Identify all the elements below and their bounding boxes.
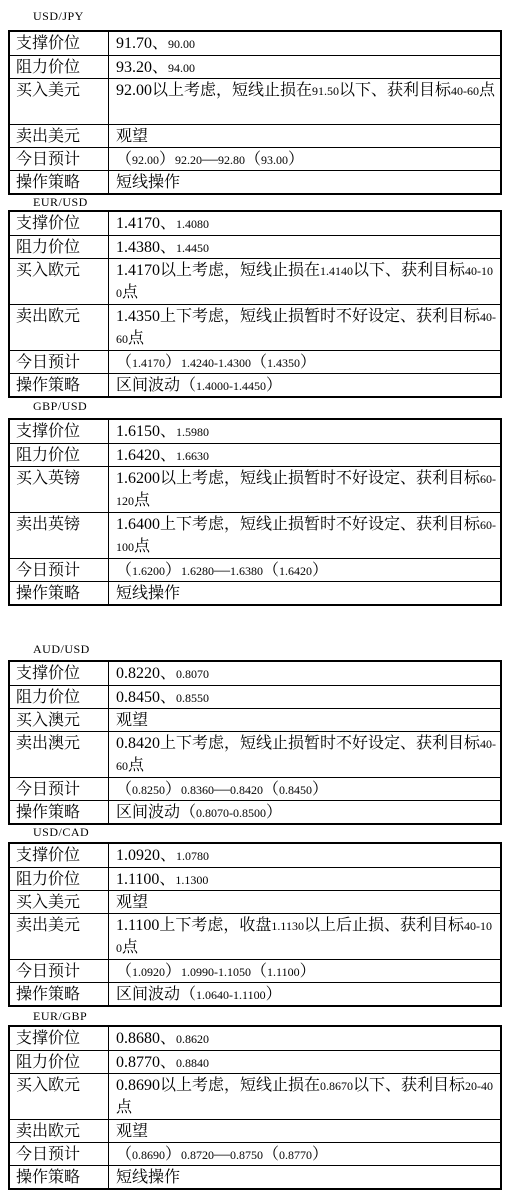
value-segment: 1.4350上下考虑，短线止损暂时不好设定、获利目标 — [116, 308, 480, 325]
row-label: 支撑价位 — [10, 844, 109, 867]
value-segment: 点 — [479, 82, 495, 99]
row-value: 1.0920、1.0780 — [109, 844, 500, 867]
value-segment: — — [214, 562, 230, 579]
row-value: （0.8690）0.8720—0.8750（0.8770） — [109, 1143, 500, 1165]
row-value: 92.00以上考虑，短线止损在91.50以下、获利目标40-60点 — [109, 79, 500, 124]
value-segment: 以下、获利目标 — [353, 262, 465, 279]
row-value: 短线操作 — [109, 582, 500, 604]
value-segment: ） — [165, 781, 181, 798]
pair-label-eur-usd: EUR/USD — [33, 196, 88, 209]
row-value: （1.4170）1.4240-1.4300（1.4350） — [109, 351, 500, 373]
value-segment: ） — [165, 354, 181, 371]
table-row: 支撑价位1.0920、1.0780 — [10, 844, 500, 867]
row-value: 观望 — [109, 1120, 500, 1142]
table-row: 卖出欧元1.4350上下考虑，短线止损暂时不好设定、获利目标40-60点 — [10, 304, 500, 350]
row-value: 观望 — [109, 709, 500, 731]
value-segment: ） — [266, 377, 282, 394]
row-label: 操作策略 — [10, 374, 109, 396]
value-segment: 1.1100上下考虑，收盘 — [116, 917, 271, 934]
row-label: 今日预计 — [10, 960, 109, 982]
value-segment: 1.4450 — [176, 241, 209, 255]
table-row: 阻力价位0.8450、0.8550 — [10, 685, 500, 708]
value-segment: 1.4080 — [176, 217, 209, 231]
value-segment: 1.1100、 — [116, 871, 175, 888]
row-label: 阻力价位 — [10, 56, 109, 78]
row-value: （1.6200）1.6280—1.6380（1.6420） — [109, 559, 500, 581]
row-value: 91.70、90.00 — [109, 32, 500, 55]
value-segment: 点 — [122, 284, 138, 301]
table-row: 阻力价位1.6420、1.6630 — [10, 443, 500, 466]
value-segment: ） — [300, 963, 316, 980]
value-segment: 观望 — [116, 128, 148, 145]
value-segment: ） — [159, 151, 175, 168]
row-label: 卖出澳元 — [10, 732, 109, 777]
value-segment: ） — [165, 963, 181, 980]
table-row: 卖出美元观望 — [10, 124, 500, 147]
row-label: 卖出美元 — [10, 914, 109, 959]
row-value: 0.8220、0.8070 — [109, 662, 500, 685]
value-segment: ） — [266, 986, 282, 1003]
value-segment: （ — [251, 963, 267, 980]
value-segment: — — [214, 781, 230, 798]
table-row: 操作策略区间波动（0.8070-0.8500） — [10, 800, 500, 823]
value-segment: 1.4380、 — [116, 239, 176, 256]
value-segment: （ — [263, 1146, 279, 1163]
table-row: 买入美元观望 — [10, 890, 500, 913]
row-value: 1.1100上下考虑，收盘1.1130以上后止损、获利目标40-100点 — [109, 914, 500, 959]
value-segment: 1.5980 — [176, 425, 209, 439]
row-label: 阻力价位 — [10, 868, 109, 890]
row-value: 1.6400上下考虑，短线止损暂时不好设定、获利目标60-100点 — [109, 513, 500, 558]
table-row: 阻力价位1.4380、1.4450 — [10, 235, 500, 258]
table-row: 支撑价位1.4170、1.4080 — [10, 212, 500, 235]
value-segment: 0.8770、 — [116, 1054, 176, 1071]
value-segment: 1.6380 — [230, 564, 263, 578]
value-segment: 0.8420 — [230, 783, 263, 797]
value-segment: （ — [116, 354, 132, 371]
fx-table-eur-gbp: 支撑价位0.8680、0.8620阻力价位0.8770、0.8840买入欧元0.… — [8, 1025, 502, 1190]
row-label: 阻力价位 — [10, 444, 109, 466]
value-segment: 区间波动（ — [116, 804, 196, 821]
row-label: 操作策略 — [10, 983, 109, 1005]
row-value: 短线操作 — [109, 171, 500, 193]
value-segment: 0.8420上下考虑，短线止损暂时不好设定、获利目标 — [116, 735, 480, 752]
value-segment: 以下、获利目标 — [339, 82, 451, 99]
value-segment: ） — [165, 1146, 181, 1163]
row-value: （92.00）92.20—92.80（93.00） — [109, 148, 500, 170]
value-segment: 1.6400上下考虑，短线止损暂时不好设定、获利目标 — [116, 516, 480, 533]
value-segment: （ — [116, 151, 132, 168]
value-segment: ） — [288, 151, 304, 168]
value-segment: 0.8070-0.8500 — [196, 806, 266, 820]
value-segment: ） — [266, 804, 282, 821]
row-label: 今日预计 — [10, 778, 109, 800]
value-segment: 1.4240-1.4300 — [181, 356, 251, 370]
pair-label-eur-gbp: EUR/GBP — [33, 1010, 87, 1023]
value-segment: 93.00 — [261, 153, 288, 167]
value-segment: 短线操作 — [116, 1169, 180, 1186]
row-label: 今日预计 — [10, 148, 109, 170]
value-segment: 1.6150、 — [116, 423, 176, 440]
value-segment: 1.6200以上考虑，短线止损暂时不好设定、获利目标 — [116, 470, 480, 487]
value-segment: 90.00 — [168, 37, 195, 51]
row-value: 1.1100、1.1300 — [109, 868, 500, 890]
table-row: 卖出美元1.1100上下考虑，收盘1.1130以上后止损、获利目标40-100点 — [10, 913, 500, 959]
table-row: 买入欧元1.4170以上考虑，短线止损在1.4140以下、获利目标40-100点 — [10, 258, 500, 304]
value-segment: 0.8360 — [181, 783, 214, 797]
row-value: 区间波动（1.0640-1.1100） — [109, 983, 500, 1005]
pair-label-aud-usd: AUD/USD — [33, 643, 90, 656]
fx-table-eur-usd: 支撑价位1.4170、1.4080阻力价位1.4380、1.4450买入欧元1.… — [8, 210, 502, 398]
value-segment: 点 — [122, 939, 138, 956]
row-value: 0.8770、0.8840 — [109, 1051, 500, 1073]
table-row: 今日预计（1.4170）1.4240-1.4300（1.4350） — [10, 350, 500, 373]
row-value: 0.8450、0.8550 — [109, 686, 500, 708]
value-segment: — — [214, 1146, 230, 1163]
value-segment: ） — [312, 781, 328, 798]
pair-label-gbp-usd: GBP/USD — [33, 400, 87, 413]
row-value: 0.8420上下考虑，短线止损暂时不好设定、获利目标40-60点 — [109, 732, 500, 777]
table-row: 买入欧元0.8690以上考虑，短线止损在0.8670以下、获利目标20-40点 — [10, 1073, 500, 1119]
value-segment: 1.6200 — [132, 564, 165, 578]
value-segment: 92.20 — [175, 153, 202, 167]
value-segment: 1.4170以上考虑，短线止损在 — [116, 262, 320, 279]
row-value: 1.6150、1.5980 — [109, 420, 500, 443]
row-label: 支撑价位 — [10, 420, 109, 443]
value-segment: ） — [312, 562, 328, 579]
row-label: 支撑价位 — [10, 662, 109, 685]
row-value: 93.20、94.00 — [109, 56, 500, 78]
value-segment: 0.8250 — [132, 783, 165, 797]
value-segment: 94.00 — [168, 61, 195, 75]
table-row: 今日预计（0.8250）0.8360—0.8420（0.8450） — [10, 777, 500, 800]
table-row: 今日预计（0.8690）0.8720—0.8750（0.8770） — [10, 1142, 500, 1165]
value-segment: 0.8550 — [176, 691, 209, 705]
row-value: 1.6420、1.6630 — [109, 444, 500, 466]
fx-table-aud-usd: 支撑价位0.8220、0.8070阻力价位0.8450、0.8550买入澳元观望… — [8, 660, 502, 825]
fx-table-usd-jpy: 支撑价位91.70、90.00阻力价位93.20、94.00买入美元92.00以… — [8, 30, 502, 195]
value-segment: 短线操作 — [116, 174, 180, 191]
table-row: 支撑价位0.8680、0.8620 — [10, 1027, 500, 1050]
table-row: 买入美元92.00以上考虑，短线止损在91.50以下、获利目标40-60点 — [10, 78, 500, 124]
value-segment: 1.6420、 — [116, 447, 176, 464]
value-segment: 1.0640-1.1100 — [196, 988, 266, 1002]
value-segment: 0.8690 — [132, 1148, 165, 1162]
value-segment: 0.8840 — [176, 1056, 209, 1070]
row-value: 区间波动（1.4000-1.4450） — [109, 374, 500, 396]
table-row: 操作策略短线操作 — [10, 1165, 500, 1188]
row-value: 观望 — [109, 891, 500, 913]
value-segment: 观望 — [116, 712, 148, 729]
value-segment: （ — [116, 963, 132, 980]
table-row: 支撑价位91.70、90.00 — [10, 32, 500, 55]
row-label: 今日预计 — [10, 351, 109, 373]
row-value: 1.4350上下考虑，短线止损暂时不好设定、获利目标40-60点 — [109, 305, 500, 350]
value-segment: 0.8450 — [279, 783, 312, 797]
value-segment: 点 — [134, 492, 150, 509]
fx-table-usd-cad: 支撑价位1.0920、1.0780阻力价位1.1100、1.1300买入美元观望… — [8, 842, 502, 1007]
value-segment: 观望 — [116, 894, 148, 911]
value-segment: 1.1100 — [267, 965, 300, 979]
row-label: 卖出英镑 — [10, 513, 109, 558]
value-segment: 1.6630 — [176, 449, 209, 463]
value-segment: 1.0990-1.1050 — [181, 965, 251, 979]
row-label: 操作策略 — [10, 1166, 109, 1188]
row-value: 区间波动（0.8070-0.8500） — [109, 801, 500, 823]
row-label: 操作策略 — [10, 171, 109, 193]
row-label: 买入欧元 — [10, 1074, 109, 1119]
row-label: 买入欧元 — [10, 259, 109, 304]
table-row: 今日预计（1.0920）1.0990-1.1050（1.1100） — [10, 959, 500, 982]
value-segment: 1.0780 — [176, 849, 209, 863]
table-row: 操作策略短线操作 — [10, 581, 500, 604]
forex-strategy-document: USD/JPY支撑价位91.70、90.00阻力价位93.20、94.00买入美… — [0, 0, 515, 1198]
row-label: 买入澳元 — [10, 709, 109, 731]
table-row: 卖出英镑1.6400上下考虑，短线止损暂时不好设定、获利目标60-100点 — [10, 512, 500, 558]
value-segment: ） — [312, 1146, 328, 1163]
table-row: 阻力价位1.1100、1.1300 — [10, 867, 500, 890]
table-row: 支撑价位0.8220、0.8070 — [10, 662, 500, 685]
value-segment: 1.0920、 — [116, 847, 176, 864]
table-row: 今日预计（1.6200）1.6280—1.6380（1.6420） — [10, 558, 500, 581]
value-segment: 0.8670 — [320, 1079, 353, 1093]
value-segment: 0.8720 — [181, 1148, 214, 1162]
value-segment: 93.20、 — [116, 59, 168, 76]
row-label: 卖出欧元 — [10, 1120, 109, 1142]
value-segment: 1.4350 — [267, 356, 300, 370]
value-segment: 以上后止损、获利目标 — [304, 917, 464, 934]
value-segment: 0.8690以上考虑，短线止损在 — [116, 1077, 320, 1094]
row-label: 买入美元 — [10, 79, 109, 124]
value-segment: 1.4140 — [320, 264, 353, 278]
value-segment: 1.6280 — [181, 564, 214, 578]
value-segment: 1.6420 — [279, 564, 312, 578]
row-label: 买入英镑 — [10, 467, 109, 512]
value-segment: （ — [116, 1146, 132, 1163]
value-segment: （ — [251, 354, 267, 371]
value-segment: 点 — [116, 1099, 132, 1116]
row-label: 卖出欧元 — [10, 305, 109, 350]
row-label: 阻力价位 — [10, 1051, 109, 1073]
value-segment: 1.4000-1.4450 — [196, 379, 266, 393]
value-segment: 1.4170、 — [116, 215, 176, 232]
value-segment: 1.4170 — [132, 356, 165, 370]
pair-label-usd-cad: USD/CAD — [33, 826, 89, 839]
row-value: 观望 — [109, 125, 500, 147]
value-segment: （ — [245, 151, 261, 168]
row-label: 卖出美元 — [10, 125, 109, 147]
value-segment: 0.8620 — [176, 1032, 209, 1046]
pair-label-usd-jpy: USD/JPY — [33, 10, 84, 23]
table-row: 卖出欧元观望 — [10, 1119, 500, 1142]
value-segment: 0.8450、 — [116, 689, 176, 706]
row-label: 阻力价位 — [10, 686, 109, 708]
value-segment: — — [202, 151, 218, 168]
value-segment: ） — [300, 354, 316, 371]
value-segment: 观望 — [116, 1123, 148, 1140]
value-segment: 点 — [134, 538, 150, 555]
table-row: 支撑价位1.6150、1.5980 — [10, 420, 500, 443]
value-segment: （ — [116, 781, 132, 798]
table-row: 阻力价位0.8770、0.8840 — [10, 1050, 500, 1073]
fx-table-gbp-usd: 支撑价位1.6150、1.5980阻力价位1.6420、1.6630买入英镑1.… — [8, 418, 502, 606]
value-segment: 区间波动（ — [116, 377, 196, 394]
table-row: 今日预计（92.00）92.20—92.80（93.00） — [10, 147, 500, 170]
value-segment: 以下、获利目标 — [353, 1077, 465, 1094]
value-segment: 92.00以上考虑，短线止损在 — [116, 82, 312, 99]
value-segment: 0.8770 — [279, 1148, 312, 1162]
value-segment: 92.00 — [132, 153, 159, 167]
row-label: 今日预计 — [10, 1143, 109, 1165]
table-row: 操作策略区间波动（1.0640-1.1100） — [10, 982, 500, 1005]
value-segment: 91.50 — [312, 84, 339, 98]
value-segment: 点 — [128, 757, 144, 774]
row-value: （1.0920）1.0990-1.1050（1.1100） — [109, 960, 500, 982]
table-row: 操作策略短线操作 — [10, 170, 500, 193]
row-value: 1.4170、1.4080 — [109, 212, 500, 235]
table-row: 买入英镑1.6200以上考虑，短线止损暂时不好设定、获利目标60-120点 — [10, 466, 500, 512]
row-label: 支撑价位 — [10, 1027, 109, 1050]
value-segment: 短线操作 — [116, 585, 180, 602]
row-label: 操作策略 — [10, 801, 109, 823]
value-segment: 20-40 — [465, 1079, 493, 1093]
row-label: 阻力价位 — [10, 236, 109, 258]
row-label: 支撑价位 — [10, 32, 109, 55]
row-label: 操作策略 — [10, 582, 109, 604]
value-segment: ） — [165, 562, 181, 579]
value-segment: 0.8220、 — [116, 665, 176, 682]
value-segment: 0.8070 — [176, 667, 209, 681]
table-row: 买入澳元观望 — [10, 708, 500, 731]
value-segment: 区间波动（ — [116, 986, 196, 1003]
table-row: 操作策略区间波动（1.4000-1.4450） — [10, 373, 500, 396]
value-segment: 40-60 — [451, 84, 479, 98]
row-value: 1.4170以上考虑，短线止损在1.4140以下、获利目标40-100点 — [109, 259, 500, 304]
value-segment: 点 — [128, 330, 144, 347]
row-value: 短线操作 — [109, 1166, 500, 1188]
value-segment: 0.8750 — [230, 1148, 263, 1162]
value-segment: （ — [263, 781, 279, 798]
row-value: 1.6200以上考虑，短线止损暂时不好设定、获利目标60-120点 — [109, 467, 500, 512]
value-segment: 1.1130 — [271, 919, 304, 933]
row-label: 今日预计 — [10, 559, 109, 581]
row-label: 买入美元 — [10, 891, 109, 913]
value-segment: （ — [116, 562, 132, 579]
value-segment: 1.0920 — [132, 965, 165, 979]
value-segment: 91.70、 — [116, 35, 168, 52]
row-value: 1.4380、1.4450 — [109, 236, 500, 258]
row-value: 0.8680、0.8620 — [109, 1027, 500, 1050]
value-segment: 92.80 — [218, 153, 245, 167]
value-segment: 0.8680、 — [116, 1030, 176, 1047]
row-value: 0.8690以上考虑，短线止损在0.8670以下、获利目标20-40点 — [109, 1074, 500, 1119]
value-segment: （ — [263, 562, 279, 579]
table-row: 卖出澳元0.8420上下考虑，短线止损暂时不好设定、获利目标40-60点 — [10, 731, 500, 777]
table-row: 阻力价位93.20、94.00 — [10, 55, 500, 78]
row-value: （0.8250）0.8360—0.8420（0.8450） — [109, 778, 500, 800]
row-label: 支撑价位 — [10, 212, 109, 235]
value-segment: 1.1300 — [175, 873, 208, 887]
